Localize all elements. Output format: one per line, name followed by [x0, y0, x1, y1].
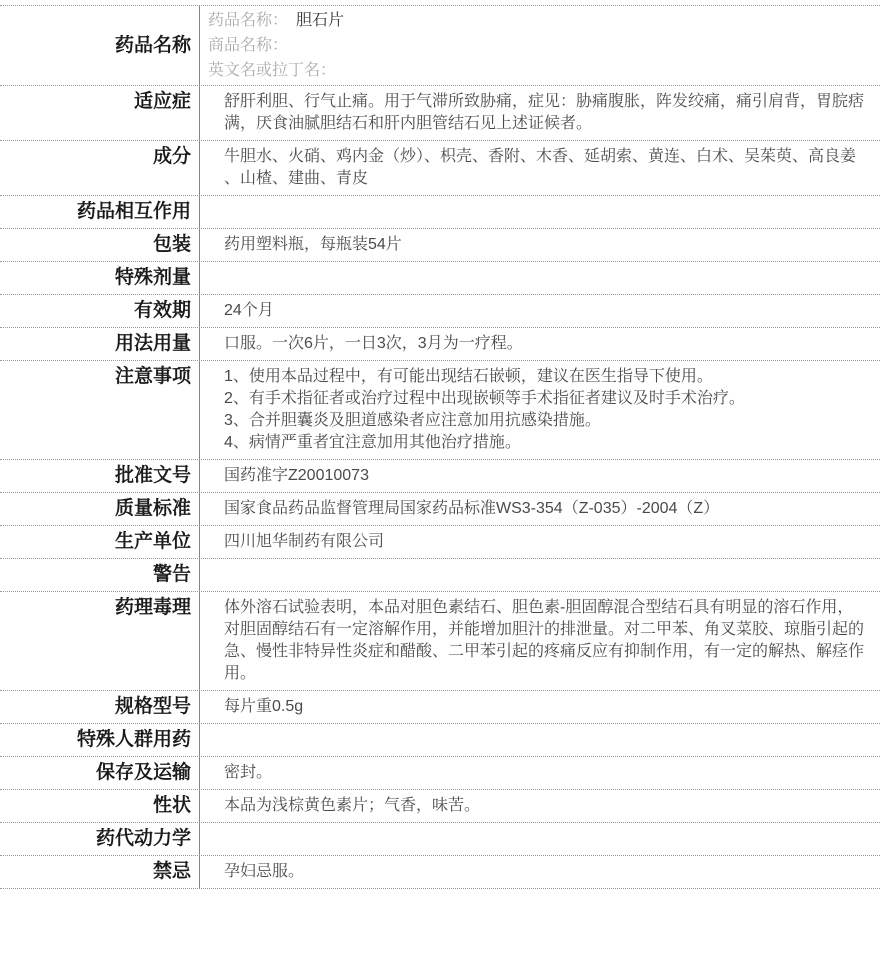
- table-row: 警告: [0, 559, 880, 592]
- row-value: [200, 559, 880, 591]
- drug-name-line: 商品名称：: [208, 33, 866, 58]
- row-value: 24个月: [200, 295, 880, 327]
- table-row: 成分牛胆水、火硝、鸡内金（炒）、枳壳、香附、木香、延胡索、黄连、白术、吴茱萸、高…: [0, 141, 880, 196]
- table-row: 规格型号每片重0.5g: [0, 691, 880, 724]
- row-value: [200, 724, 880, 756]
- row-value: [200, 196, 880, 228]
- drug-name-sub-label: 英文名或拉丁名：: [208, 62, 336, 79]
- row-value: [200, 262, 880, 294]
- table-row: 有效期24个月: [0, 295, 880, 328]
- row-label: 特殊剂量: [0, 262, 200, 294]
- row-value: 1、使用本品过程中，有可能出现结石嵌顿，建议在医生指导下使用。 2、有手术指征者…: [200, 361, 880, 459]
- row-label: 用法用量: [0, 328, 200, 360]
- row-label: 药代动力学: [0, 823, 200, 855]
- row-value: [200, 823, 880, 855]
- row-label: 保存及运输: [0, 757, 200, 789]
- table-row: 药代动力学: [0, 823, 880, 856]
- row-label: 适应症: [0, 86, 200, 140]
- drug-name-line: 药品名称：胆石片: [208, 8, 866, 33]
- drug-name-line: 英文名或拉丁名：: [208, 58, 866, 83]
- row-label: 规格型号: [0, 691, 200, 723]
- row-label: 生产单位: [0, 526, 200, 558]
- drug-info-table: 药品名称药品名称：胆石片商品名称：英文名或拉丁名：适应症舒肝利胆、行气止痛。用于…: [0, 5, 880, 889]
- table-row: 包装药用塑料瓶，每瓶装54片: [0, 229, 880, 262]
- row-label: 质量标准: [0, 493, 200, 525]
- row-value: 药品名称：胆石片商品名称：英文名或拉丁名：: [200, 6, 880, 85]
- table-row: 用法用量口服。一次6片，一日3次，3月为一疗程。: [0, 328, 880, 361]
- row-value: 本品为浅棕黄色素片；气香，味苦。: [200, 790, 880, 822]
- row-label: 警告: [0, 559, 200, 591]
- table-row: 批准文号国药准字Z20010073: [0, 460, 880, 493]
- row-label: 性状: [0, 790, 200, 822]
- row-label: 包装: [0, 229, 200, 261]
- drug-name-value: 胆石片: [296, 12, 344, 29]
- row-value: 密封。: [200, 757, 880, 789]
- row-label: 批准文号: [0, 460, 200, 492]
- row-value: 孕妇忌服。: [200, 856, 880, 888]
- row-label: 禁忌: [0, 856, 200, 888]
- row-value: 体外溶石试验表明，本品对胆色素结石、胆色素-胆固醇混合型结石具有明显的溶石作用，…: [200, 592, 880, 690]
- row-value: 牛胆水、火硝、鸡内金（炒）、枳壳、香附、木香、延胡索、黄连、白术、吴茱萸、高良姜…: [200, 141, 880, 195]
- row-label: 注意事项: [0, 361, 200, 459]
- row-value: 口服。一次6片，一日3次，3月为一疗程。: [200, 328, 880, 360]
- table-row: 注意事项1、使用本品过程中，有可能出现结石嵌顿，建议在医生指导下使用。 2、有手…: [0, 361, 880, 460]
- table-row: 药品相互作用: [0, 196, 880, 229]
- row-value: 药用塑料瓶，每瓶装54片: [200, 229, 880, 261]
- table-row: 生产单位四川旭华制药有限公司: [0, 526, 880, 559]
- table-row: 药品名称药品名称：胆石片商品名称：英文名或拉丁名：: [0, 6, 880, 86]
- table-row: 保存及运输密封。: [0, 757, 880, 790]
- row-label: 药品名称: [0, 6, 200, 85]
- row-label: 药品相互作用: [0, 196, 200, 228]
- row-label: 成分: [0, 141, 200, 195]
- drug-name-sub-label: 药品名称：: [208, 12, 288, 29]
- table-row: 药理毒理体外溶石试验表明，本品对胆色素结石、胆色素-胆固醇混合型结石具有明显的溶…: [0, 592, 880, 691]
- row-label: 特殊人群用药: [0, 724, 200, 756]
- row-label: 药理毒理: [0, 592, 200, 690]
- table-row: 适应症舒肝利胆、行气止痛。用于气滞所致胁痛，症见：胁痛腹胀，阵发绞痛，痛引肩背，…: [0, 86, 880, 141]
- row-value: 国家食品药品监督管理局国家药品标准WS3-354（Z-035）-2004（Z）: [200, 493, 880, 525]
- row-label: 有效期: [0, 295, 200, 327]
- table-row: 禁忌孕妇忌服。: [0, 856, 880, 889]
- row-value: 舒肝利胆、行气止痛。用于气滞所致胁痛，症见：胁痛腹胀，阵发绞痛，痛引肩背，胃脘痞…: [200, 86, 880, 140]
- table-row: 特殊人群用药: [0, 724, 880, 757]
- table-row: 性状本品为浅棕黄色素片；气香，味苦。: [0, 790, 880, 823]
- row-value: 国药准字Z20010073: [200, 460, 880, 492]
- row-value: 每片重0.5g: [200, 691, 880, 723]
- table-row: 质量标准国家食品药品监督管理局国家药品标准WS3-354（Z-035）-2004…: [0, 493, 880, 526]
- drug-name-sub-label: 商品名称：: [208, 37, 288, 54]
- row-value: 四川旭华制药有限公司: [200, 526, 880, 558]
- table-row: 特殊剂量: [0, 262, 880, 295]
